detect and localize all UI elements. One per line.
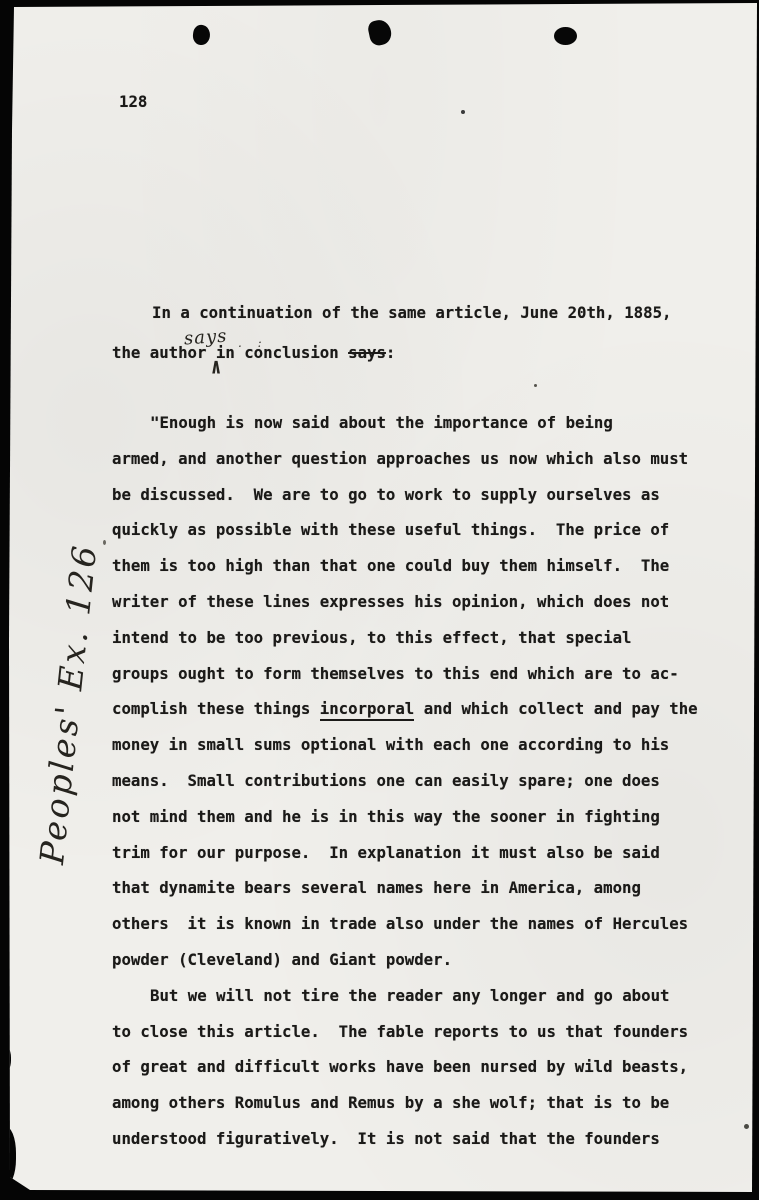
quote-line: trim for our purpose. In explanation it … — [112, 835, 722, 871]
closing-line: to close this article. The fable reports… — [112, 1014, 722, 1050]
quote-line: be discussed. We are to go to work to su… — [112, 477, 722, 513]
quote-line: powder (Cleveland) and Giant powder. — [112, 942, 722, 978]
binder-mark-left — [192, 24, 212, 46]
edge-tear-mark — [0, 1126, 16, 1186]
quote-line: intend to be too previous, to this effec… — [112, 620, 722, 656]
underlined-word: incorporal — [320, 699, 414, 721]
margin-note-handwritten: Peoples' Ex. 126 — [32, 541, 104, 866]
edge-tear-mark — [0, 1044, 11, 1074]
quote-line: not mind them and he is in this way the … — [112, 799, 722, 835]
closing-line: among others Romulus and Remus by a she … — [112, 1085, 722, 1121]
scan-speck — [534, 384, 537, 387]
caret-insertion-mark: ∧ — [210, 353, 222, 379]
quote-line-with-underline: complish these things incorporal and whi… — [112, 691, 722, 727]
closing-line: But we will not tire the reader any long… — [112, 978, 722, 1014]
underline-line-pre: complish these things — [112, 699, 320, 718]
scan-speck — [461, 110, 465, 114]
binder-mark-center — [367, 18, 394, 47]
quote-line: "Enough is now said about the importance… — [112, 405, 722, 441]
quote-line: writer of these lines expresses his opin… — [112, 584, 722, 620]
quote-line: money in small sums optional with each o… — [112, 727, 722, 763]
quote-line: others it is known in trade also under t… — [112, 906, 722, 942]
handwritten-insert-says: says — [183, 326, 228, 350]
quote-line: that dynamite bears several names here i… — [112, 870, 722, 906]
quote-line: groups ought to form themselves to this … — [112, 656, 722, 692]
handwritten-insert-dots: . : — [238, 336, 268, 350]
closing-line: of great and difficult works have been n… — [112, 1049, 722, 1085]
intro-line-2-colon: : — [386, 343, 395, 362]
paper-sheet: 128 Peoples' Ex. 126 In a continuation o… — [0, 0, 759, 1200]
underline-line-post: and which collect and pay the — [414, 699, 697, 718]
page-number: 128 — [119, 92, 147, 111]
scan-speck — [103, 540, 106, 545]
scanned-document-page: 128 Peoples' Ex. 126 In a continuation o… — [0, 0, 759, 1200]
binder-mark-right — [554, 27, 577, 45]
quote-line: means. Small contributions one can easil… — [112, 763, 722, 799]
struck-word: says — [348, 343, 386, 362]
quote-line: quickly as possible with these useful th… — [112, 512, 722, 548]
body-text: "Enough is now said about the importance… — [112, 405, 722, 1157]
closing-line: understood figuratively. It is not said … — [112, 1121, 722, 1157]
scan-speck — [744, 1124, 749, 1129]
quote-line: them is too high than that one could buy… — [112, 548, 722, 584]
quote-line: armed, and another question approaches u… — [112, 441, 722, 477]
